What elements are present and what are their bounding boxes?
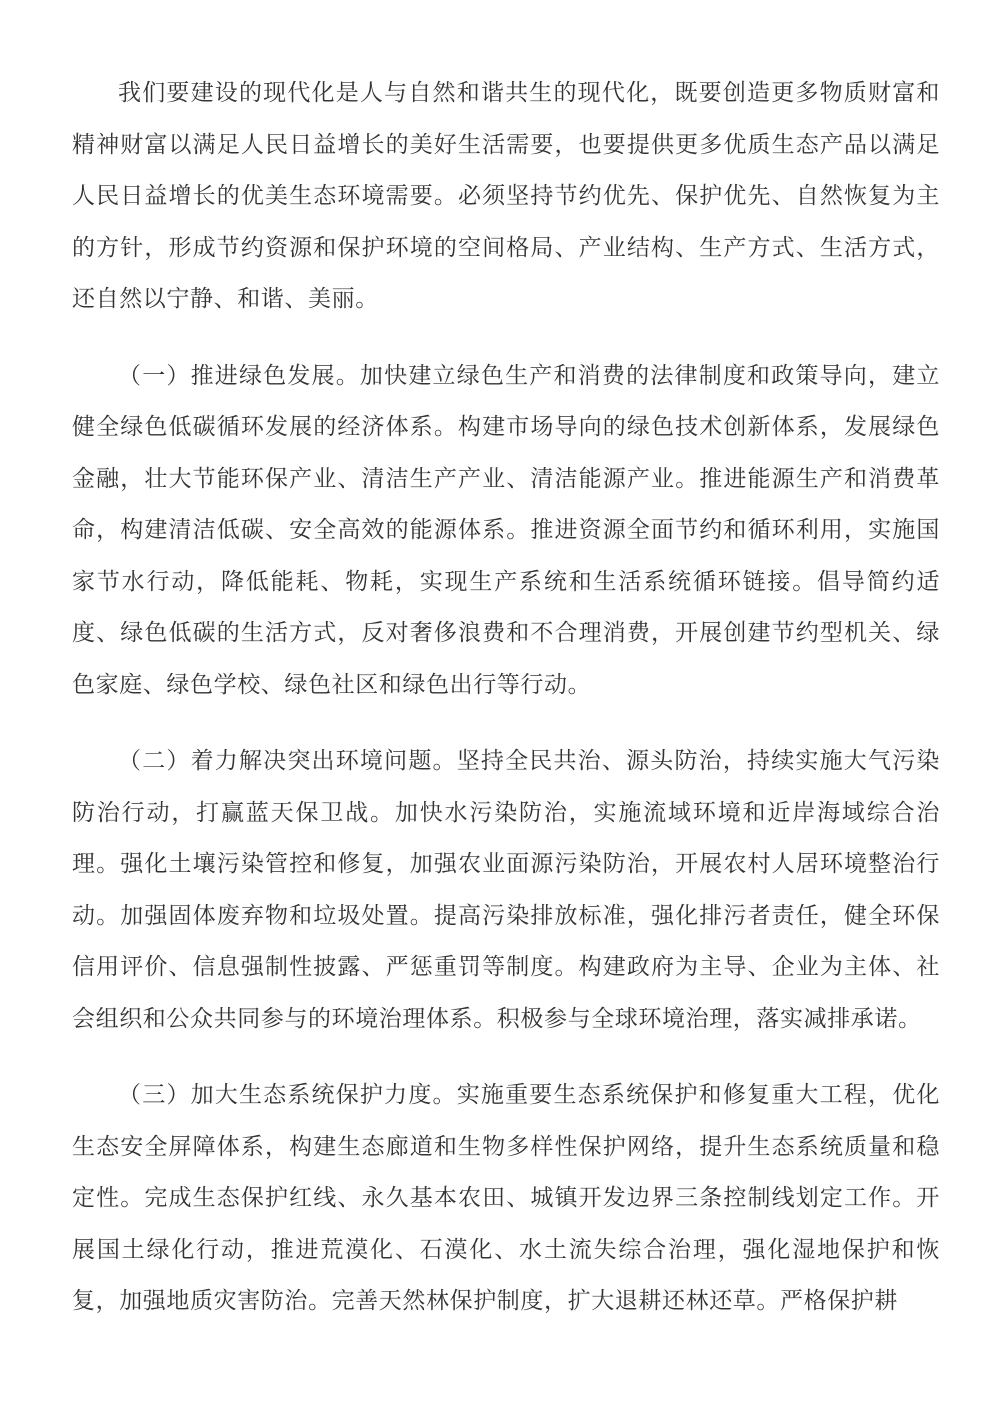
body-paragraph-intro: 我们要建设的现代化是人与自然和谐共生的现代化，既要创造更多物质财富和精神财富以满…: [72, 67, 940, 325]
document-page: 我们要建设的现代化是人与自然和谐共生的现代化，既要创造更多物质财富和精神财富以满…: [0, 0, 992, 1403]
body-paragraph-section-1: （一）推进绿色发展。加快建立绿色生产和消费的法律制度和政策导向，建立健全绿色低碳…: [72, 350, 940, 711]
body-paragraph-section-3: （三）加大生态系统保护力度。实施重要生态系统保护和修复重大工程，优化生态安全屏障…: [72, 1069, 940, 1327]
body-paragraph-section-2: （二）着力解决突出环境问题。坚持全民共治、源头防治，持续实施大气污染防治行动，打…: [72, 735, 940, 1044]
